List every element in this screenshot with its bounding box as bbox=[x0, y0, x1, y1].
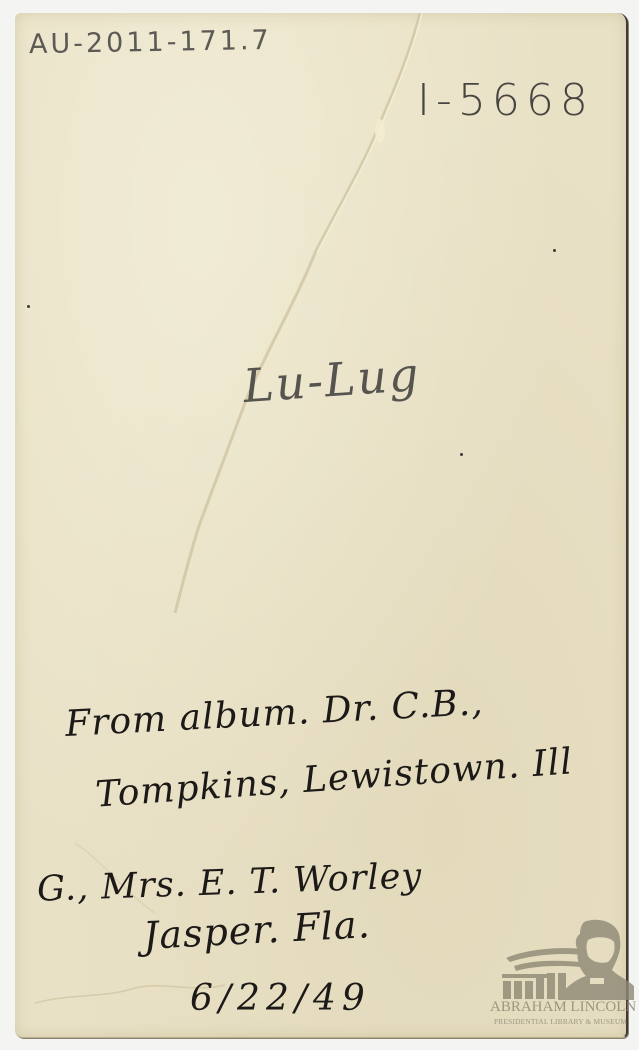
provenance-line-2: Tompkins, Lewistown. Ill bbox=[94, 741, 574, 815]
ink-speck bbox=[460, 453, 463, 456]
logo-institution-subtitle: PRESIDENTIAL LIBRARY & MUSEUM bbox=[494, 1017, 627, 1026]
accession-number: AU-2011-171.7 bbox=[29, 25, 272, 60]
provenance-line-1: From album. Dr. C.B., bbox=[64, 682, 484, 745]
pencil-name-annotation: Lu-Lug bbox=[241, 347, 422, 413]
provenance-date: 6/22/49 bbox=[190, 978, 371, 1019]
ink-speck bbox=[553, 249, 556, 252]
catalog-number: I-5668 bbox=[417, 75, 594, 126]
provenance-line-4: Jasper. Fla. bbox=[142, 902, 372, 958]
ink-speck bbox=[27, 305, 30, 308]
logo-institution-name: ABRAHAM LINCOLN bbox=[490, 999, 638, 1016]
library-museum-logo: ABRAHAM LINCOLN PRESIDENTIAL LIBRARY & M… bbox=[488, 918, 634, 1030]
scan-background: AU-2011-171.7 I-5668 Lu-Lug From album. … bbox=[0, 0, 639, 1050]
lincoln-portrait-building-icon bbox=[488, 918, 634, 1000]
photo-card-back: AU-2011-171.7 I-5668 Lu-Lug From album. … bbox=[15, 13, 628, 1038]
